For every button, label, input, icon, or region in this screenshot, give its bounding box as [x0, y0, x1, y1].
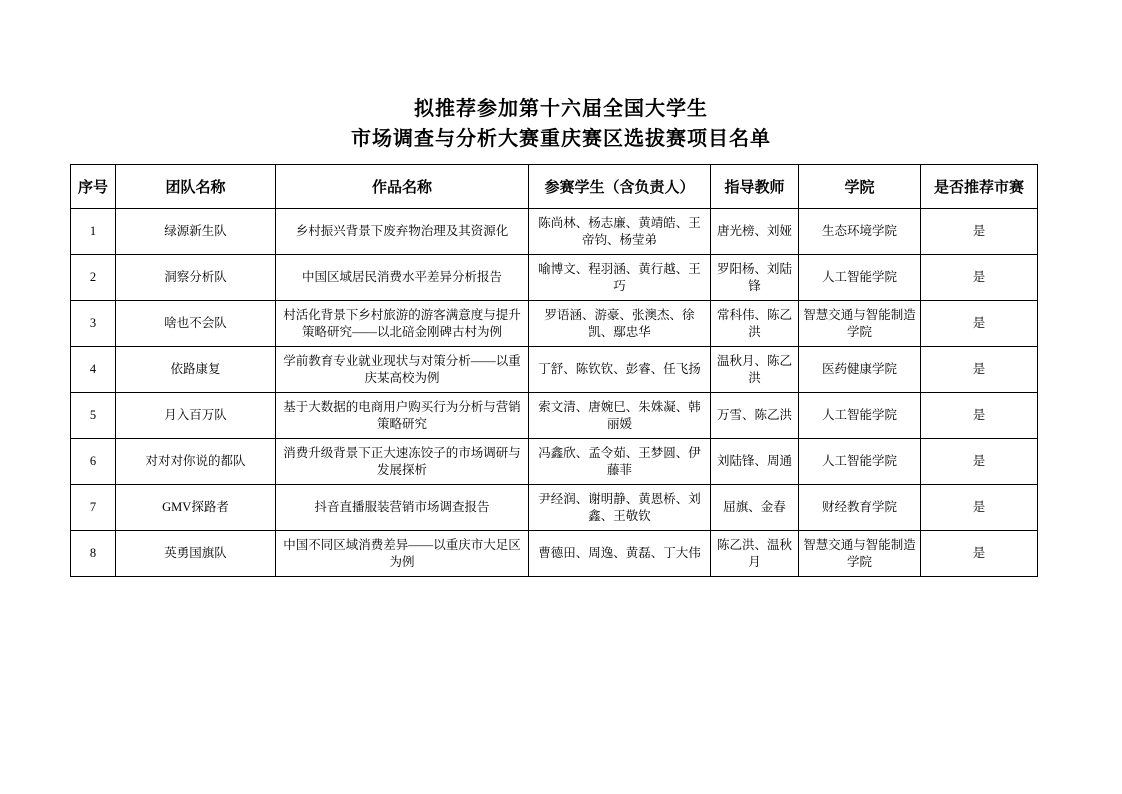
cell-college: 人工智能学院 — [799, 255, 921, 301]
cell-teachers: 罗阳杨、刘陆锋 — [711, 255, 799, 301]
cell-no: 7 — [71, 485, 116, 531]
cell-students: 罗语涵、游豪、张澳杰、徐凯、鄢忠华 — [529, 301, 711, 347]
cell-teachers: 常科伟、陈乙洪 — [711, 301, 799, 347]
cell-work: 抖音直播服装营销市场调查报告 — [276, 485, 529, 531]
cell-college: 智慧交通与智能制造学院 — [799, 301, 921, 347]
cell-students: 丁舒、陈钦钦、彭睿、任飞扬 — [529, 347, 711, 393]
cell-no: 3 — [71, 301, 116, 347]
cell-students: 冯鑫欣、孟令茹、王梦圆、伊藤菲 — [529, 439, 711, 485]
cell-students: 喻博文、程羽涵、黄行越、王巧 — [529, 255, 711, 301]
cell-teachers: 刘陆锋、周通 — [711, 439, 799, 485]
table-row: 4依路康复学前教育专业就业现状与对策分析——以重庆某高校为例丁舒、陈钦钦、彭睿、… — [71, 347, 1038, 393]
title-line-2: 市场调查与分析大赛重庆赛区选拔赛项目名单 — [0, 124, 1122, 154]
cell-college: 智慧交通与智能制造学院 — [799, 531, 921, 577]
cell-no: 2 — [71, 255, 116, 301]
cell-students: 曹德田、周逸、黄磊、丁大伟 — [529, 531, 711, 577]
cell-teachers: 万雪、陈乙洪 — [711, 393, 799, 439]
cell-teachers: 屈旗、金春 — [711, 485, 799, 531]
cell-team: 月入百万队 — [116, 393, 276, 439]
table-row: 2洞察分析队中国区域居民消费水平差异分析报告喻博文、程羽涵、黄行越、王巧罗阳杨、… — [71, 255, 1038, 301]
cell-college: 人工智能学院 — [799, 393, 921, 439]
cell-work: 学前教育专业就业现状与对策分析——以重庆某高校为例 — [276, 347, 529, 393]
cell-work: 乡村振兴背景下废弃物治理及其资源化 — [276, 209, 529, 255]
cell-no: 5 — [71, 393, 116, 439]
cell-team: GMV探路者 — [116, 485, 276, 531]
cell-team: 绿源新生队 — [116, 209, 276, 255]
col-header-college: 学院 — [799, 165, 921, 209]
cell-recommended: 是 — [921, 485, 1038, 531]
cell-recommended: 是 — [921, 347, 1038, 393]
cell-recommended: 是 — [921, 301, 1038, 347]
cell-work: 消费升级背景下正大速冻饺子的市场调研与发展探析 — [276, 439, 529, 485]
col-header-team: 团队名称 — [116, 165, 276, 209]
cell-no: 1 — [71, 209, 116, 255]
project-roster-table: 序号 团队名称 作品名称 参赛学生（含负责人） 指导教师 学院 是否推荐市赛 1… — [70, 164, 1038, 577]
cell-recommended: 是 — [921, 393, 1038, 439]
cell-work: 中国不同区域消费差异——以重庆市大足区为例 — [276, 531, 529, 577]
cell-no: 4 — [71, 347, 116, 393]
cell-team: 啥也不会队 — [116, 301, 276, 347]
col-header-students: 参赛学生（含负责人） — [529, 165, 711, 209]
cell-students: 索文清、唐婉巳、朱姝凝、韩丽媛 — [529, 393, 711, 439]
table-row: 1绿源新生队乡村振兴背景下废弃物治理及其资源化陈尚林、杨志廉、黄靖皓、王帝钧、杨… — [71, 209, 1038, 255]
cell-team: 依路康复 — [116, 347, 276, 393]
cell-recommended: 是 — [921, 209, 1038, 255]
table-header: 序号 团队名称 作品名称 参赛学生（含负责人） 指导教师 学院 是否推荐市赛 — [71, 165, 1038, 209]
cell-recommended: 是 — [921, 531, 1038, 577]
cell-teachers: 唐光榜、刘娅 — [711, 209, 799, 255]
cell-work: 村活化背景下乡村旅游的游客满意度与提升策略研究——以北碚金刚碑古村为例 — [276, 301, 529, 347]
cell-college: 财经教育学院 — [799, 485, 921, 531]
cell-students: 尹经润、谢明静、黄恩桥、刘鑫、王敬钦 — [529, 485, 711, 531]
header-row: 序号 团队名称 作品名称 参赛学生（含负责人） 指导教师 学院 是否推荐市赛 — [71, 165, 1038, 209]
cell-recommended: 是 — [921, 255, 1038, 301]
cell-students: 陈尚林、杨志廉、黄靖皓、王帝钧、杨莹弟 — [529, 209, 711, 255]
cell-no: 6 — [71, 439, 116, 485]
cell-teachers: 温秋月、陈乙洪 — [711, 347, 799, 393]
page-title: 拟推荐参加第十六届全国大学生 市场调查与分析大赛重庆赛区选拔赛项目名单 — [0, 0, 1122, 154]
title-line-1: 拟推荐参加第十六届全国大学生 — [0, 94, 1122, 124]
col-header-teachers: 指导教师 — [711, 165, 799, 209]
cell-team: 英勇国旗队 — [116, 531, 276, 577]
table-row: 3啥也不会队村活化背景下乡村旅游的游客满意度与提升策略研究——以北碚金刚碑古村为… — [71, 301, 1038, 347]
cell-recommended: 是 — [921, 439, 1038, 485]
cell-college: 生态环境学院 — [799, 209, 921, 255]
cell-work: 中国区域居民消费水平差异分析报告 — [276, 255, 529, 301]
cell-team: 对对对你说的都队 — [116, 439, 276, 485]
table-row: 6对对对你说的都队消费升级背景下正大速冻饺子的市场调研与发展探析冯鑫欣、孟令茹、… — [71, 439, 1038, 485]
col-header-no: 序号 — [71, 165, 116, 209]
table-body: 1绿源新生队乡村振兴背景下废弃物治理及其资源化陈尚林、杨志廉、黄靖皓、王帝钧、杨… — [71, 209, 1038, 577]
cell-college: 人工智能学院 — [799, 439, 921, 485]
table-row: 5月入百万队基于大数据的电商用户购买行为分析与营销策略研究索文清、唐婉巳、朱姝凝… — [71, 393, 1038, 439]
cell-college: 医药健康学院 — [799, 347, 921, 393]
col-header-work: 作品名称 — [276, 165, 529, 209]
document-page: 拟推荐参加第十六届全国大学生 市场调查与分析大赛重庆赛区选拔赛项目名单 序号 团… — [0, 0, 1122, 794]
table-row: 7GMV探路者抖音直播服装营销市场调查报告尹经润、谢明静、黄恩桥、刘鑫、王敬钦屈… — [71, 485, 1038, 531]
cell-work: 基于大数据的电商用户购买行为分析与营销策略研究 — [276, 393, 529, 439]
cell-team: 洞察分析队 — [116, 255, 276, 301]
table-row: 8英勇国旗队中国不同区域消费差异——以重庆市大足区为例曹德田、周逸、黄磊、丁大伟… — [71, 531, 1038, 577]
col-header-recommended: 是否推荐市赛 — [921, 165, 1038, 209]
cell-teachers: 陈乙洪、温秋月 — [711, 531, 799, 577]
cell-no: 8 — [71, 531, 116, 577]
